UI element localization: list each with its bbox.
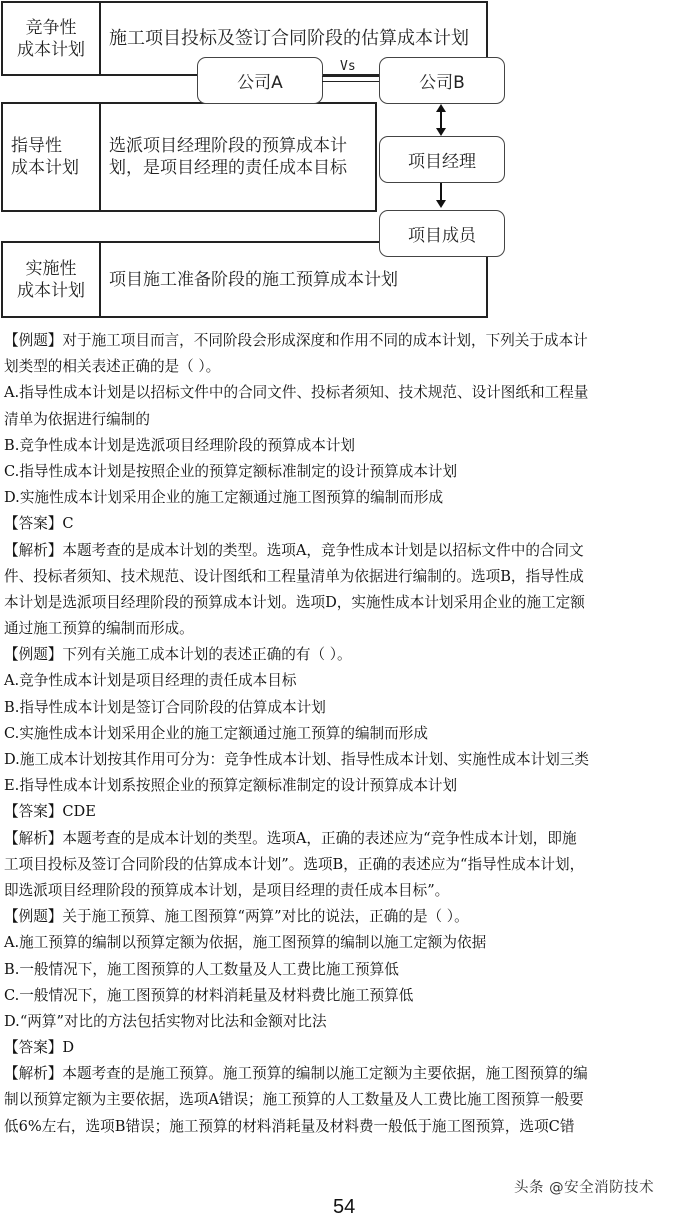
- arrow-down-icon: [440, 183, 442, 201]
- text-line: D.实施性成本计划采用企业的施工定额通过施工图预算的编制而形成: [4, 485, 692, 511]
- text-line: 本计划是选派项目经理阶段的预算成本计划。选项D，实施性成本计划采用企业的施工定额: [4, 590, 692, 616]
- text-line: E.指导性成本计划系按照企业的预算定额标准制定的设计预算成本计划: [4, 773, 692, 799]
- watermark: 头条 @安全消防技术: [514, 1176, 654, 1197]
- text-line: 【解析】本题考查的是成本计划的类型。选项A，正确的表述应为“竞争性成本计划，即施: [4, 826, 692, 852]
- text-line: B.竞争性成本计划是选派项目经理阶段的预算成本计划: [4, 433, 692, 459]
- question-text-body: 【例题】对于施工项目而言，不同阶段会形成深度和作用不同的成本计划，下列关于成本计…: [4, 328, 692, 1140]
- text-line: C.一般情况下，施工图预算的材料消耗量及材料费比施工预算低: [4, 983, 692, 1009]
- text-line: 即选派项目经理阶段的预算成本计划，是项目经理的责任成本目标”。: [4, 878, 692, 904]
- text-line: 【解析】本题考查的是施工预算。施工预算的编制以施工定额为主要依据，施工图预算的编: [4, 1061, 692, 1087]
- text-line: C.指导性成本计划是按照企业的预算定额标准制定的设计预算成本计划: [4, 459, 692, 485]
- vs-connector-top: [322, 76, 379, 77]
- desc-guiding: 选派项目经理阶段的预算成本计划，是项目经理的责任成本目标: [101, 104, 375, 210]
- node-company-b: 公司B: [379, 57, 505, 104]
- text-line: B.一般情况下，施工图预算的人工数量及人工费比施工预算低: [4, 957, 692, 983]
- text-line: A.竞争性成本计划是项目经理的责任成本目标: [4, 668, 692, 694]
- text-line: 【例题】关于施工预算、施工图预算“两算”对比的说法，正确的是（ ）。: [4, 904, 692, 930]
- text-line: D.施工成本计划按其作用可分为：竞争性成本计划、指导性成本计划、实施性成本计划三…: [4, 747, 692, 773]
- label-implementation: 实施性成本计划: [3, 243, 101, 316]
- text-line: A.施工预算的编制以预算定额为依据，施工图预算的编制以施工定额为依据: [4, 930, 692, 956]
- arrow-down-head-icon: [436, 200, 446, 208]
- text-line: 低6%左右，选项B错误；施工预算的材料消耗量及材料费一般低于施工图预算，选项C错: [4, 1114, 692, 1140]
- answer-line: 【答案】D: [4, 1035, 692, 1061]
- text-line: 划类型的相关表述正确的是（ ）。: [4, 354, 692, 380]
- text-line: 【例题】下列有关施工成本计划的表述正确的有（ ）。: [4, 642, 692, 668]
- text-line: B.指导性成本计划是签订合同阶段的估算成本计划: [4, 695, 692, 721]
- node-project-member: 项目成员: [379, 210, 505, 257]
- text-line: 【例题】对于施工项目而言，不同阶段会形成深度和作用不同的成本计划，下列关于成本计: [4, 328, 692, 354]
- node-project-manager: 项目经理: [379, 136, 505, 183]
- cost-plan-diagram: 竞争性成本计划 施工项目投标及签订合同阶段的估算成本计划 指导性成本计划 选派项…: [0, 0, 692, 320]
- vs-label: Vs: [340, 59, 356, 74]
- text-line: C.实施性成本计划采用企业的施工定额通过施工预算的编制而形成: [4, 721, 692, 747]
- page-number: 54: [333, 1196, 355, 1219]
- node-company-a: 公司A: [197, 57, 323, 104]
- answer-line: 【答案】C: [4, 511, 692, 537]
- arrow-down-head-icon: [436, 128, 446, 136]
- text-line: D.“两算”对比的方法包括实物对比法和金额对比法: [4, 1009, 692, 1035]
- text-line: 清单为依据进行编制的: [4, 407, 692, 433]
- text-line: 件、投标者须知、技术规范、设计图纸和工程量清单为依据进行编制的。选项B，指导性成: [4, 564, 692, 590]
- answer-line: 【答案】CDE: [4, 799, 692, 825]
- row-guiding-plan: 指导性成本计划 选派项目经理阶段的预算成本计划，是项目经理的责任成本目标: [1, 102, 377, 212]
- double-arrow-icon: [440, 110, 442, 129]
- arrow-up-head-icon: [436, 104, 446, 112]
- text-line: A.指导性成本计划是以招标文件中的合同文件、投标者须知、技术规范、设计图纸和工程…: [4, 380, 692, 406]
- text-line: 工项目投标及签订合同阶段的估算成本计划”。选项B，正确的表述应为“指导性成本计划…: [4, 852, 692, 878]
- vs-connector-bottom: [322, 81, 379, 82]
- text-line: 制以预算定额为主要依据，选项A错误；施工预算的人工数量及人工费比施工图预算一般要: [4, 1087, 692, 1113]
- label-competitive: 竞争性成本计划: [3, 3, 101, 74]
- text-line: 通过施工预算的编制而形成。: [4, 616, 692, 642]
- label-guiding: 指导性成本计划: [3, 104, 101, 210]
- text-line: 【解析】本题考查的是成本计划的类型。选项A，竞争性成本计划是以招标文件中的合同文: [4, 538, 692, 564]
